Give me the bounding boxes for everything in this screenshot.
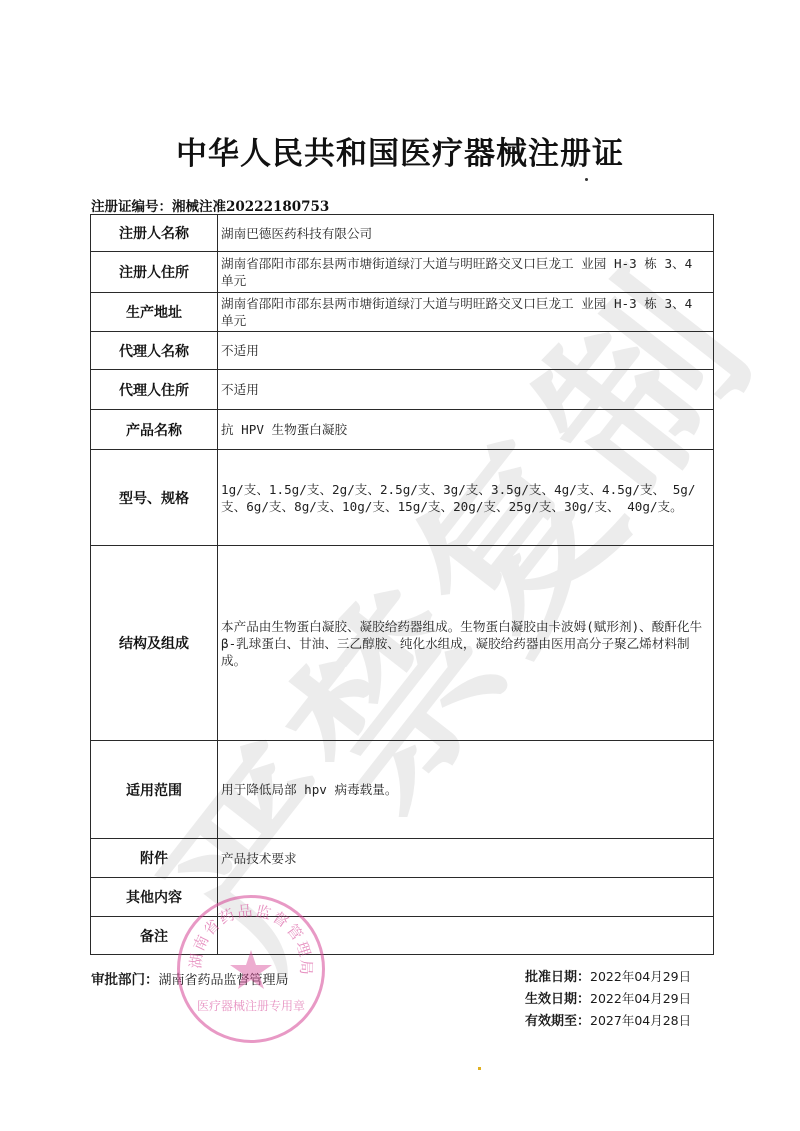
row-value: 本产品由生物蛋白凝胶、凝胶给药器组成。生物蛋白凝胶由卡波姆(赋形剂)、酸酐化牛β… bbox=[218, 546, 714, 741]
effective-date: 生效日期：2022年04月29日 bbox=[525, 988, 691, 1010]
row-label: 适用范围 bbox=[91, 741, 218, 839]
registration-number: 注册证编号：湘械注准20222180753 bbox=[91, 195, 329, 215]
row-value: 不适用 bbox=[218, 370, 714, 410]
row-label: 附件 bbox=[91, 839, 218, 878]
effective-date-label: 生效日期： bbox=[525, 992, 590, 1007]
expiry-date: 有效期至：2027年04月28日 bbox=[525, 1010, 691, 1032]
row-label: 备注 bbox=[91, 917, 218, 955]
row-label: 其他内容 bbox=[91, 878, 218, 917]
row-value: 1g/支、1.5g/支、2g/支、2.5g/支、3g/支、3.5g/支、4g/支… bbox=[218, 450, 714, 546]
approval-date: 批准日期：2022年04月29日 bbox=[525, 966, 691, 988]
table-row: 结构及组成 本产品由生物蛋白凝胶、凝胶给药器组成。生物蛋白凝胶由卡波姆(赋形剂)… bbox=[91, 546, 714, 741]
dates-block: 批准日期：2022年04月29日 生效日期：2022年04月29日 有效期至：2… bbox=[525, 966, 691, 1032]
row-value: 湖南省邵阳市邵东县两市塘街道绿汀大道与明旺路交叉口巨龙工 业园 H-3 栋 3、… bbox=[218, 293, 714, 332]
approval-date-label: 批准日期： bbox=[525, 970, 590, 985]
row-label: 产品名称 bbox=[91, 410, 218, 450]
row-value: 湖南省邵阳市邵东县两市塘街道绿汀大道与明旺路交叉口巨龙工 业园 H-3 栋 3、… bbox=[218, 252, 714, 293]
table-row: 附件 产品技术要求 bbox=[91, 839, 714, 878]
effective-date-value: 2022年04月29日 bbox=[590, 991, 691, 1006]
seal-bottom-text: 医疗器械注册专用章 bbox=[197, 998, 305, 1013]
approving-authority: 审批部门：湖南省药品监督管理局 bbox=[91, 968, 289, 988]
table-row: 代理人住所 不适用 bbox=[91, 370, 714, 410]
table-row: 适用范围 用于降低局部 hpv 病毒载量。 bbox=[91, 741, 714, 839]
table-row: 产品名称 抗 HPV 生物蛋白凝胶 bbox=[91, 410, 714, 450]
row-label: 型号、规格 bbox=[91, 450, 218, 546]
row-value bbox=[218, 878, 714, 917]
approval-date-value: 2022年04月29日 bbox=[590, 969, 691, 984]
table-row: 备注 bbox=[91, 917, 714, 955]
authority-label: 审批部门： bbox=[91, 972, 159, 988]
expiry-date-value: 2027年04月28日 bbox=[590, 1013, 691, 1028]
table-row: 注册人住所 湖南省邵阳市邵东县两市塘街道绿汀大道与明旺路交叉口巨龙工 业园 H-… bbox=[91, 252, 714, 293]
row-value: 抗 HPV 生物蛋白凝胶 bbox=[218, 410, 714, 450]
row-value bbox=[218, 917, 714, 955]
registration-number-label: 注册证编号： bbox=[91, 199, 172, 215]
row-label: 注册人名称 bbox=[91, 215, 218, 252]
row-label: 代理人住所 bbox=[91, 370, 218, 410]
row-value: 用于降低局部 hpv 病毒载量。 bbox=[218, 741, 714, 839]
table-row: 生产地址 湖南省邵阳市邵东县两市塘街道绿汀大道与明旺路交叉口巨龙工 业园 H-3… bbox=[91, 293, 714, 332]
certificate-table: 注册人名称 湖南巴德医药科技有限公司 注册人住所 湖南省邵阳市邵东县两市塘街道绿… bbox=[90, 214, 714, 955]
table-row: 代理人名称 不适用 bbox=[91, 332, 714, 370]
row-label: 代理人名称 bbox=[91, 332, 218, 370]
document-title: 中华人民共和国医疗器械注册证 bbox=[0, 128, 800, 173]
row-label: 注册人住所 bbox=[91, 252, 218, 293]
table-row: 注册人名称 湖南巴德医药科技有限公司 bbox=[91, 215, 714, 252]
table-row: 型号、规格 1g/支、1.5g/支、2g/支、2.5g/支、3g/支、3.5g/… bbox=[91, 450, 714, 546]
registration-number-value: 湘械注准20222180753 bbox=[172, 199, 329, 215]
row-label: 结构及组成 bbox=[91, 546, 218, 741]
authority-value: 湖南省药品监督管理局 bbox=[159, 973, 289, 988]
row-value: 不适用 bbox=[218, 332, 714, 370]
row-label: 生产地址 bbox=[91, 293, 218, 332]
speck bbox=[478, 1067, 481, 1070]
row-value: 产品技术要求 bbox=[218, 839, 714, 878]
expiry-date-label: 有效期至： bbox=[525, 1014, 590, 1029]
row-value: 湖南巴德医药科技有限公司 bbox=[218, 215, 714, 252]
speck bbox=[585, 178, 588, 181]
table-row: 其他内容 bbox=[91, 878, 714, 917]
